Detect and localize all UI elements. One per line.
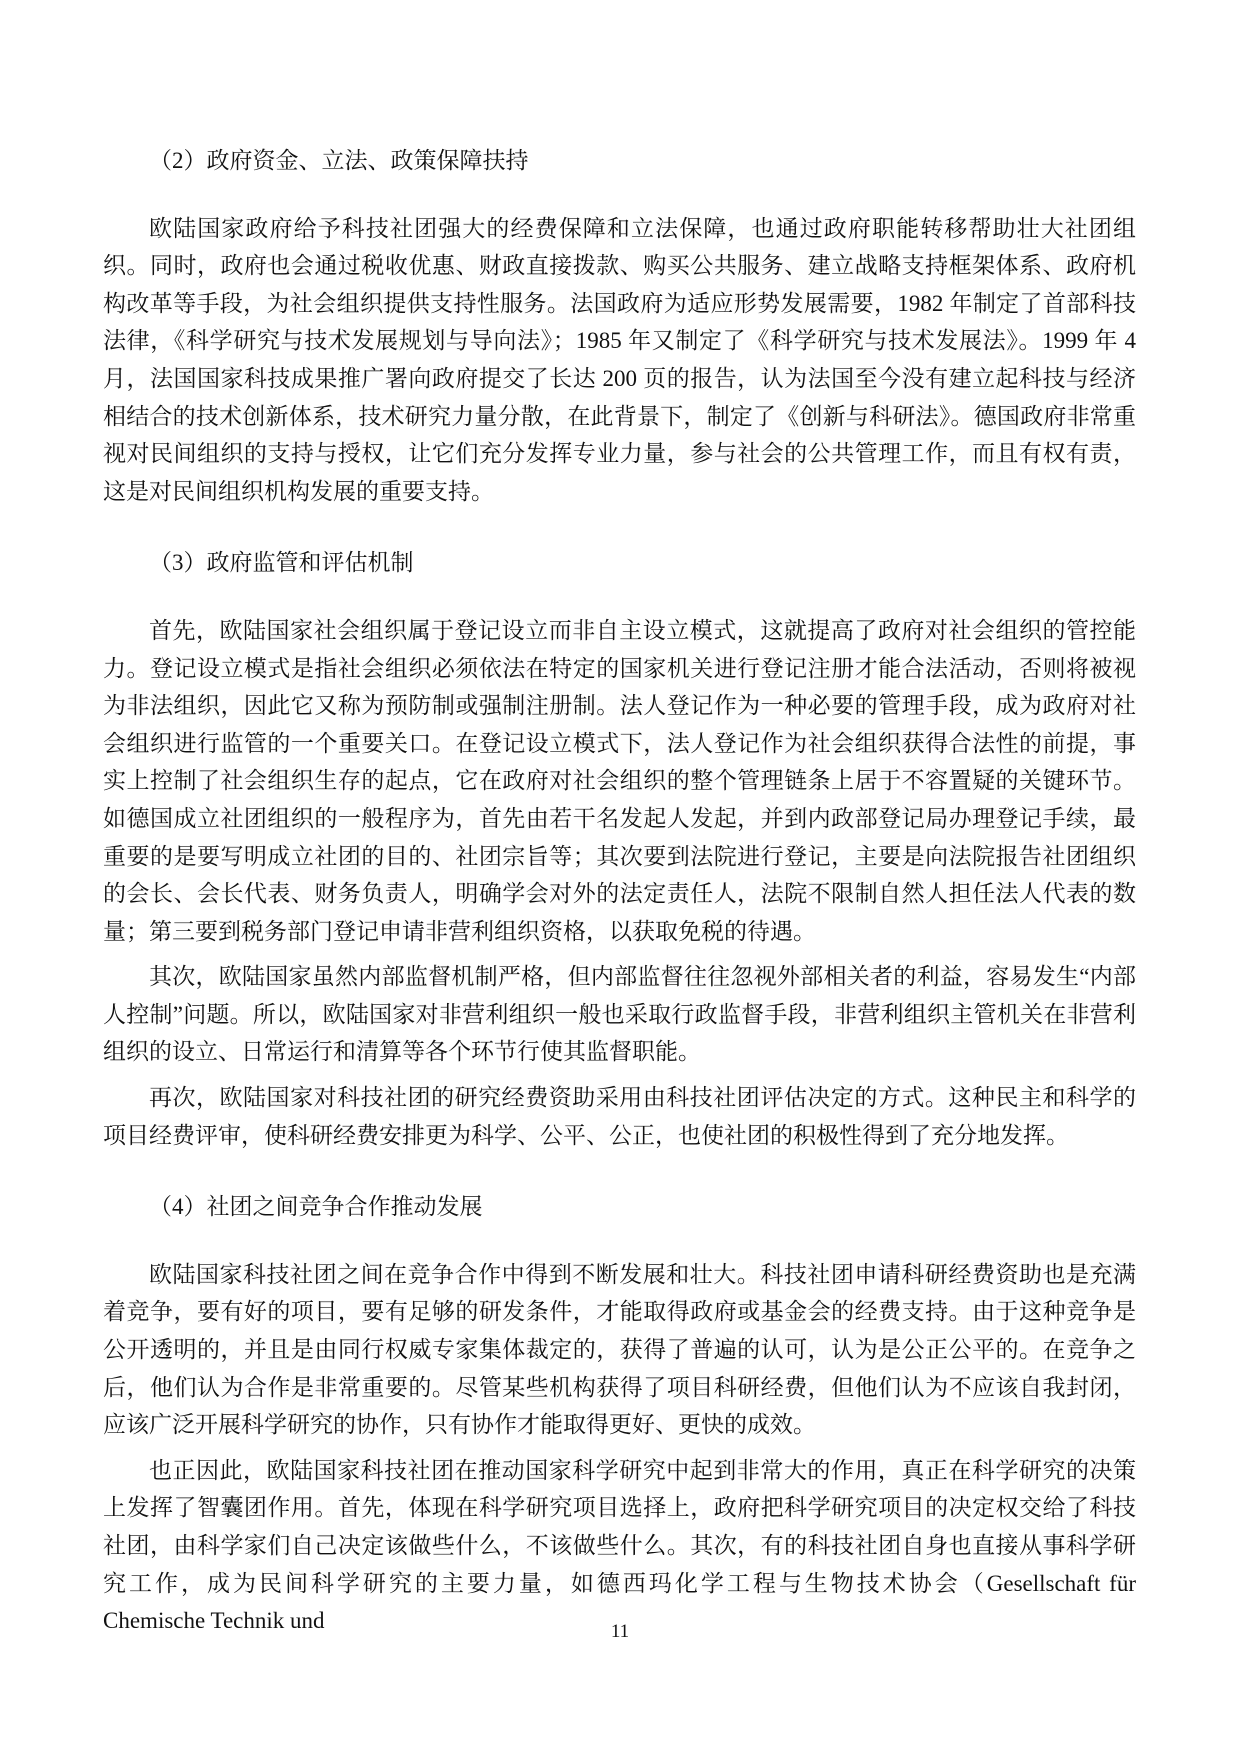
page-number: 11: [0, 1620, 1240, 1644]
paragraph: 再次，欧陆国家对科技社团的研究经费资助采用由科技社团评估决定的方式。这种民主和科…: [103, 1079, 1136, 1154]
paragraph: 其次，欧陆国家虽然内部监督机制严格，但内部监督往往忽视外部相关者的利益，容易发生…: [103, 958, 1136, 1071]
section-heading-4: （4）社团之间竞争合作推动发展: [103, 1188, 1136, 1226]
document-page: （2）政府资金、立法、政策保障扶持 欧陆国家政府给予科技社团强大的经费保障和立法…: [0, 0, 1240, 1753]
paragraph: 欧陆国家科技社团之间在竞争合作中得到不断发展和壮大。科技社团申请科研经费资助也是…: [103, 1256, 1136, 1444]
section-heading-2: （2）政府资金、立法、政策保障扶持: [103, 142, 1136, 180]
document-body: （2）政府资金、立法、政策保障扶持 欧陆国家政府给予科技社团强大的经费保障和立法…: [0, 0, 1240, 1640]
section-heading-3: （3）政府监管和评估机制: [103, 544, 1136, 582]
paragraph: 首先，欧陆国家社会组织属于登记设立而非自主设立模式，这就提高了政府对社会组织的管…: [103, 612, 1136, 950]
paragraph: 也正因此，欧陆国家科技社团在推动国家科学研究中起到非常大的作用，真正在科学研究的…: [103, 1452, 1136, 1640]
paragraph: 欧陆国家政府给予科技社团强大的经费保障和立法保障，也通过政府职能转移帮助壮大社团…: [103, 210, 1136, 511]
